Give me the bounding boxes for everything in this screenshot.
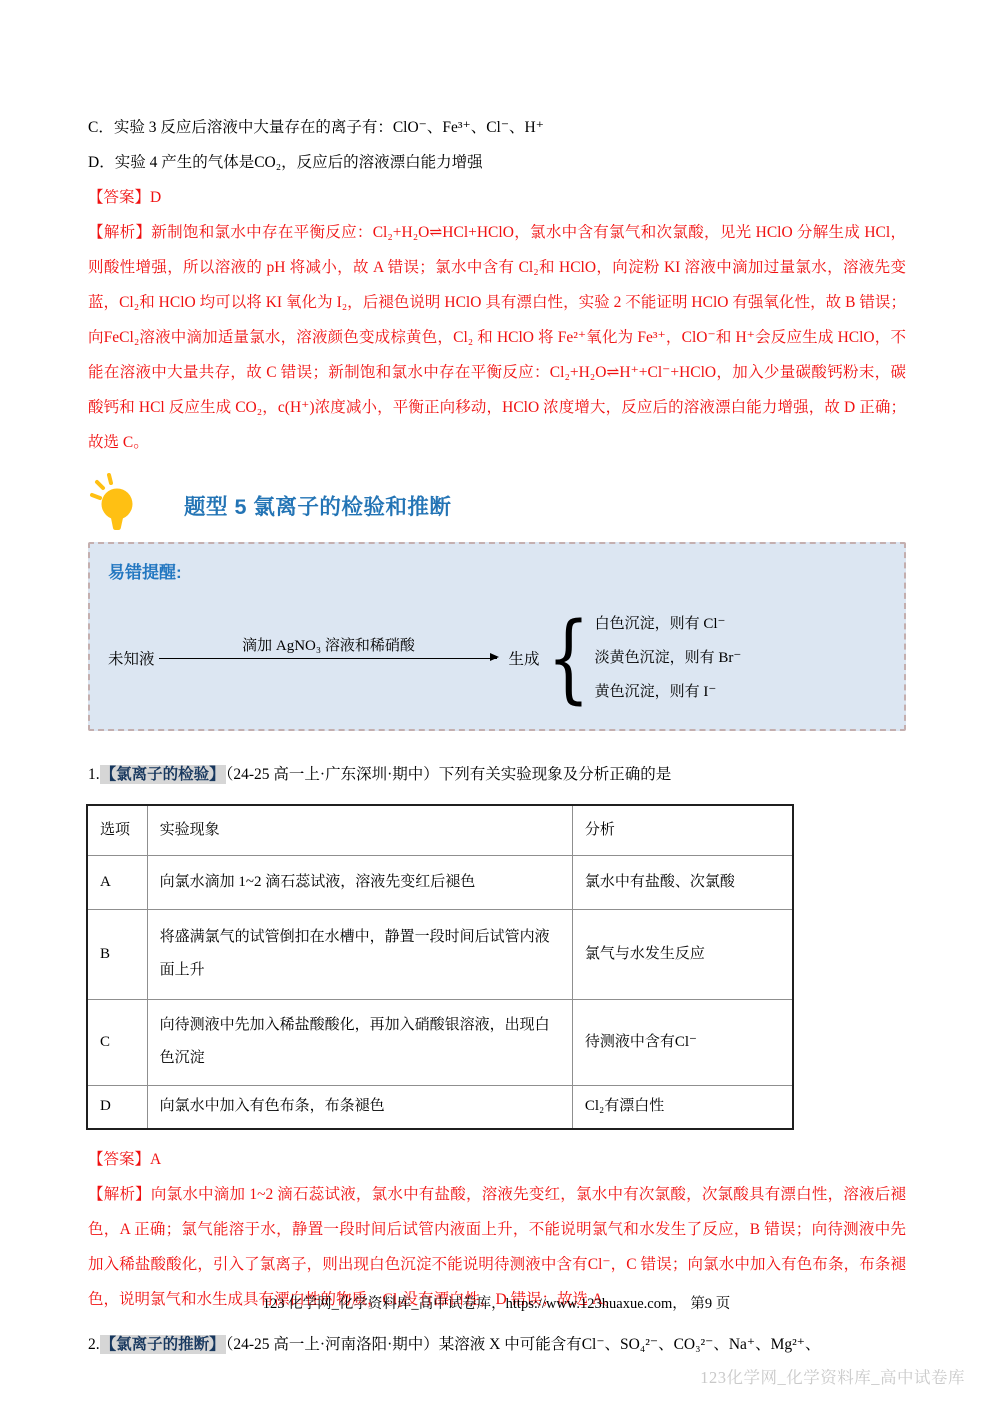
analysis-text: 新制饱和氯水中存在平衡反应：Cl₂+H₂O⇌HCl+HClO，氯水中含有氯气和次… [88,224,906,451]
row-b-phenomenon: 将盛满氯气的试管倒扣在水槽中，静置一段时间后试管内液面上升 [147,909,572,999]
page-content: C．实验 3 反应后溶液中大量存在的离子有：ClO⁻、Fe³⁺、Cl⁻、H⁺ D… [88,110,906,1362]
q1-table: 选项 实验现象 分析 A 向氯水滴加 1~2 滴石蕊试液，溶液先变红后褪色 氯水… [86,804,794,1130]
option-c-line: C．实验 3 反应后溶液中大量存在的离子有：ClO⁻、Fe³⁺、Cl⁻、H⁺ [88,110,906,145]
row-c-option: C [87,999,147,1085]
section-title: 题型 5 氯离子的检验和推断 [184,490,451,521]
flow-produce-label: 生成 [509,647,540,669]
answer-line-q1: 【答案】A [88,1142,906,1177]
arrow-condition-label: 滴加 AgNO₃ 溶液和稀硝酸 [159,634,499,655]
table-row: B 将盛满氯气的试管倒扣在水槽中，静置一段时间后试管内液面上升 氯气与水发生反应 [87,909,793,999]
answer-value: A [150,1151,161,1168]
brace-glyph: { [547,615,590,701]
page-footer: 123 化学网_化学资料库_高中试卷库，https://www.123huaxu… [0,1292,993,1313]
answer-label: 【答案】 [88,1151,150,1168]
reminder-title: 易错提醒: [108,558,886,583]
header-option: 选项 [87,805,147,855]
row-c-phenomenon: 向待测液中先加入稀盐酸酸化，再加入硝酸银溶液，出现白色沉淀 [147,999,572,1085]
table-row: D 向氯水中加入有色布条，布条褪色 Cl₂有漂白性 [87,1085,793,1129]
reaction-arrow: 滴加 AgNO₃ 溶液和稀硝酸 [159,657,499,659]
answer-label: 【答案】 [88,189,150,206]
question-2-number: 2. [88,1336,100,1353]
analysis-prev: 【解析】新制饱和氯水中存在平衡反应：Cl₂+H₂O⇌HCl+HClO，氯水中含有… [88,215,906,460]
analysis-text: 向氯水中滴加 1~2 滴石蕊试液，氯水中有盐酸，溶液先变红，氯水中有次氯酸，次氯… [88,1186,906,1308]
row-d-analysis: Cl₂有漂白性 [572,1085,793,1129]
question-1-text: （24-25 高一上·广东深圳·期中）下列有关实验现象及分析正确的是 [226,766,672,783]
row-d-phenomenon: 向氯水中加入有色布条，布条褪色 [147,1085,572,1129]
reminder-box: 易错提醒: 未知液 滴加 AgNO₃ 溶液和稀硝酸 生成 { 白色沉淀，则有 C… [88,542,906,731]
header-analysis: 分析 [572,805,793,855]
branch-white-precipitate: 白色沉淀，则有 Cl⁻ [595,607,742,641]
arrow-line [159,658,497,659]
row-a-option: A [87,855,147,909]
question-2-stem: 2.【氯离子的推断】（24-25 高一上·河南洛阳·期中）某溶液 X 中可能含有… [88,1327,906,1362]
question-1-stem: 1.【氯离子的检验】（24-25 高一上·广东深圳·期中）下列有关实验现象及分析… [88,757,906,792]
question-2-tag: 【氯离子的推断】 [100,1335,226,1354]
table-row: A 向氯水滴加 1~2 滴石蕊试液，溶液先变红后褪色 氯水中有盐酸、次氯酸 [87,855,793,909]
row-c-analysis: 待测液中含有Cl⁻ [572,999,793,1085]
question-1-tag: 【氯离子的检验】 [100,765,226,784]
row-a-analysis: 氯水中有盐酸、次氯酸 [572,855,793,909]
flow-branches: 白色沉淀，则有 Cl⁻ 淡黄色沉淀，则有 Br⁻ 黄色沉淀，则有 I⁻ [595,607,742,709]
flow-start-label: 未知液 [108,647,155,669]
row-b-option: B [87,909,147,999]
header-phenomenon: 实验现象 [147,805,572,855]
option-d-line: D．实验 4 产生的气体是CO₂，反应后的溶液漂白能力增强 [88,145,906,180]
section-header: 题型 5 氯离子的检验和推断 [88,474,906,536]
table-row: C 向待测液中先加入稀盐酸酸化，再加入硝酸银溶液，出现白色沉淀 待测液中含有Cl… [87,999,793,1085]
row-a-phenomenon: 向氯水滴加 1~2 滴石蕊试液，溶液先变红后褪色 [147,855,572,909]
reminder-flow-diagram: 未知液 滴加 AgNO₃ 溶液和稀硝酸 生成 { 白色沉淀，则有 Cl⁻ 淡黄色… [108,607,886,709]
row-d-option: D [87,1085,147,1129]
answer-line-prev: 【答案】D [88,180,906,215]
answer-value: D [150,189,161,206]
branch-pale-yellow-precipitate: 淡黄色沉淀，则有 Br⁻ [595,641,742,675]
analysis-label: 【解析】 [88,1186,151,1203]
lightbulb-icon [88,473,136,538]
analysis-label: 【解析】 [88,224,151,241]
watermark: 123化学网_化学资料库_高中试卷库 [700,1364,965,1388]
row-b-analysis: 氯气与水发生反应 [572,909,793,999]
branch-yellow-precipitate: 黄色沉淀，则有 I⁻ [595,675,742,709]
question-1-number: 1. [88,766,100,783]
question-2-text: （24-25 高一上·河南洛阳·期中）某溶液 X 中可能含有Cl⁻、SO₄²⁻、… [226,1336,821,1353]
table-header-row: 选项 实验现象 分析 [87,805,793,855]
document-page: C．实验 3 反应后溶液中大量存在的离子有：ClO⁻、Fe³⁺、Cl⁻、H⁺ D… [0,0,993,1404]
